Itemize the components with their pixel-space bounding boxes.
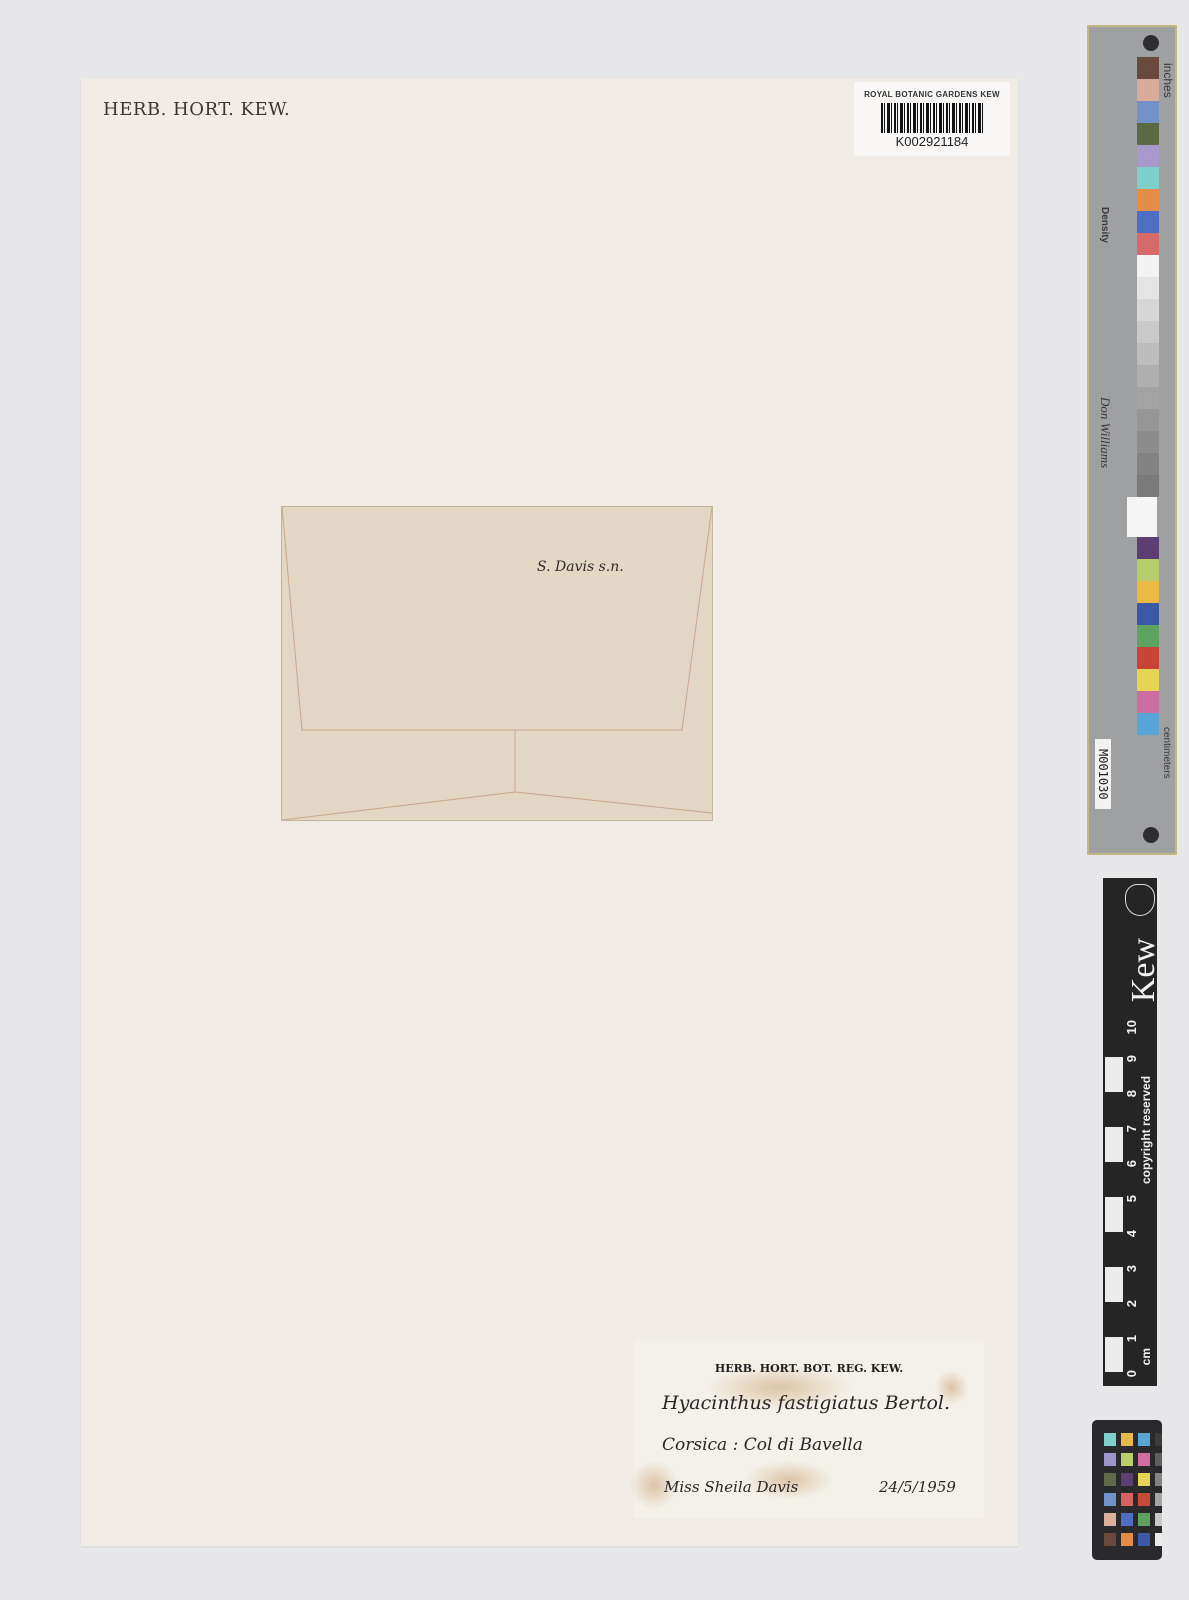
- label-institution: HERB. HORT. BOT. REG. KEW.: [634, 1362, 984, 1375]
- color-swatch: [1137, 713, 1159, 735]
- color-swatch: [1137, 299, 1159, 321]
- cm-block: [1105, 1057, 1123, 1092]
- barcode-label: ROYAL BOTANIC GARDENS KEW K002921184: [854, 82, 1010, 156]
- herbarium-sheet: HERB. HORT. KEW. ROYAL BOTANIC GARDENS K…: [81, 78, 1018, 1546]
- color-swatch: [1137, 365, 1159, 387]
- color-swatch: [1137, 603, 1159, 625]
- checker-patch: [1138, 1533, 1150, 1546]
- color-swatch: [1137, 537, 1159, 559]
- color-swatch: [1137, 79, 1159, 101]
- color-swatch: [1137, 475, 1159, 497]
- color-swatch: [1137, 211, 1159, 233]
- color-swatch: [1127, 497, 1157, 537]
- taxon-name: Hyacinthus fastigiatus Bertol.: [662, 1392, 950, 1414]
- checker-patch: [1138, 1493, 1150, 1506]
- specimen-packet: S. Davis s.n.: [281, 506, 713, 821]
- barcode-institution: ROYAL BOTANIC GARDENS KEW: [854, 90, 1010, 99]
- color-swatch: [1137, 277, 1159, 299]
- color-swatch: [1137, 123, 1159, 145]
- checker-gray-patch: [1155, 1513, 1162, 1526]
- color-swatch: [1137, 453, 1159, 475]
- units-centimeters: centimeters: [1161, 727, 1172, 779]
- cm-number: 7: [1124, 1125, 1139, 1132]
- serial-number: M001030: [1095, 739, 1111, 809]
- color-swatch: [1137, 57, 1159, 79]
- checker-patch: [1104, 1493, 1116, 1506]
- checker-patch: [1138, 1513, 1150, 1526]
- packet-fold-lines-icon: [282, 507, 712, 820]
- checker-patch: [1121, 1493, 1133, 1506]
- checker-patch: [1104, 1513, 1116, 1526]
- color-swatch: [1137, 167, 1159, 189]
- color-swatch: [1137, 669, 1159, 691]
- color-swatch: [1137, 625, 1159, 647]
- unit-cm: cm: [1139, 1348, 1153, 1365]
- color-swatch: [1137, 145, 1159, 167]
- cm-number: 9: [1124, 1055, 1139, 1062]
- barcode-number: K002921184: [854, 134, 1010, 149]
- units-inches: inches: [1161, 63, 1175, 98]
- registration-dot-icon: [1143, 35, 1159, 51]
- density-label: Density: [1099, 207, 1110, 243]
- color-swatch: [1137, 255, 1159, 277]
- checker-patch: [1121, 1513, 1133, 1526]
- checker-gray-patch: [1155, 1493, 1162, 1506]
- cm-number: 6: [1124, 1160, 1139, 1167]
- copyright-notice: copyright reserved: [1139, 1010, 1153, 1250]
- cm-block: [1105, 1127, 1123, 1162]
- checker-patch: [1121, 1433, 1133, 1446]
- color-swatch: [1137, 343, 1159, 365]
- cm-ruler-ticks: [1105, 1020, 1125, 1372]
- color-swatch: [1137, 581, 1159, 603]
- color-swatch: [1137, 409, 1159, 431]
- checker-patch: [1104, 1473, 1116, 1486]
- locality: Corsica : Col di Bavella: [662, 1435, 863, 1455]
- cm-number: 0: [1124, 1370, 1139, 1377]
- color-swatch: [1137, 691, 1159, 713]
- cm-number: 3: [1124, 1265, 1139, 1272]
- color-checker-card: [1092, 1420, 1162, 1560]
- color-swatch: [1137, 431, 1159, 453]
- checker-patch: [1104, 1453, 1116, 1466]
- kew-brand: Kew: [1125, 938, 1163, 1002]
- cm-block: [1105, 1337, 1123, 1372]
- checker-gray-patch: [1155, 1533, 1162, 1546]
- packet-annotation: S. Davis s.n.: [537, 559, 624, 575]
- color-swatch: [1137, 647, 1159, 669]
- checker-patch: [1121, 1533, 1133, 1546]
- checker-gray-patch: [1155, 1433, 1162, 1446]
- color-swatch: [1137, 233, 1159, 255]
- cm-block: [1105, 1197, 1123, 1232]
- collector: Miss Sheila Davis: [664, 1478, 798, 1496]
- checker-gray-patch: [1155, 1453, 1162, 1466]
- checker-patch: [1104, 1433, 1116, 1446]
- barcode-icon: [881, 103, 983, 133]
- cm-number: 10: [1124, 1020, 1139, 1034]
- color-swatch: [1137, 559, 1159, 581]
- cm-number: 1: [1124, 1335, 1139, 1342]
- checker-patch: [1121, 1473, 1133, 1486]
- color-swatch: [1137, 321, 1159, 343]
- cm-number: 5: [1124, 1195, 1139, 1202]
- collection-date: 24/5/1959: [879, 1478, 956, 1496]
- checker-patch: [1121, 1453, 1133, 1466]
- color-swatch: [1137, 101, 1159, 123]
- brand-label: Don Williams: [1097, 397, 1113, 468]
- kew-scale-bar: Kew copyright reserved 012345678910 cm: [1103, 878, 1157, 1386]
- determination-label: HERB. HORT. BOT. REG. KEW. Hyacinthus fa…: [634, 1340, 984, 1518]
- cm-number: 4: [1124, 1230, 1139, 1237]
- color-swatch: [1137, 189, 1159, 211]
- color-swatch: [1137, 387, 1159, 409]
- kew-crest-icon: [1125, 884, 1155, 916]
- checker-patch: [1138, 1473, 1150, 1486]
- checker-patch: [1104, 1533, 1116, 1546]
- herbarium-header: HERB. HORT. KEW.: [103, 99, 290, 120]
- checker-gray-patch: [1155, 1473, 1162, 1486]
- checker-patch: [1138, 1433, 1150, 1446]
- cm-number: 2: [1124, 1300, 1139, 1307]
- color-swatches: [1137, 57, 1159, 735]
- checker-patch: [1138, 1453, 1150, 1466]
- color-calibration-bar: inches centimeters Density Don Williams …: [1087, 25, 1177, 855]
- cm-block: [1105, 1267, 1123, 1302]
- registration-dot-icon: [1143, 827, 1159, 843]
- cm-number: 8: [1124, 1090, 1139, 1097]
